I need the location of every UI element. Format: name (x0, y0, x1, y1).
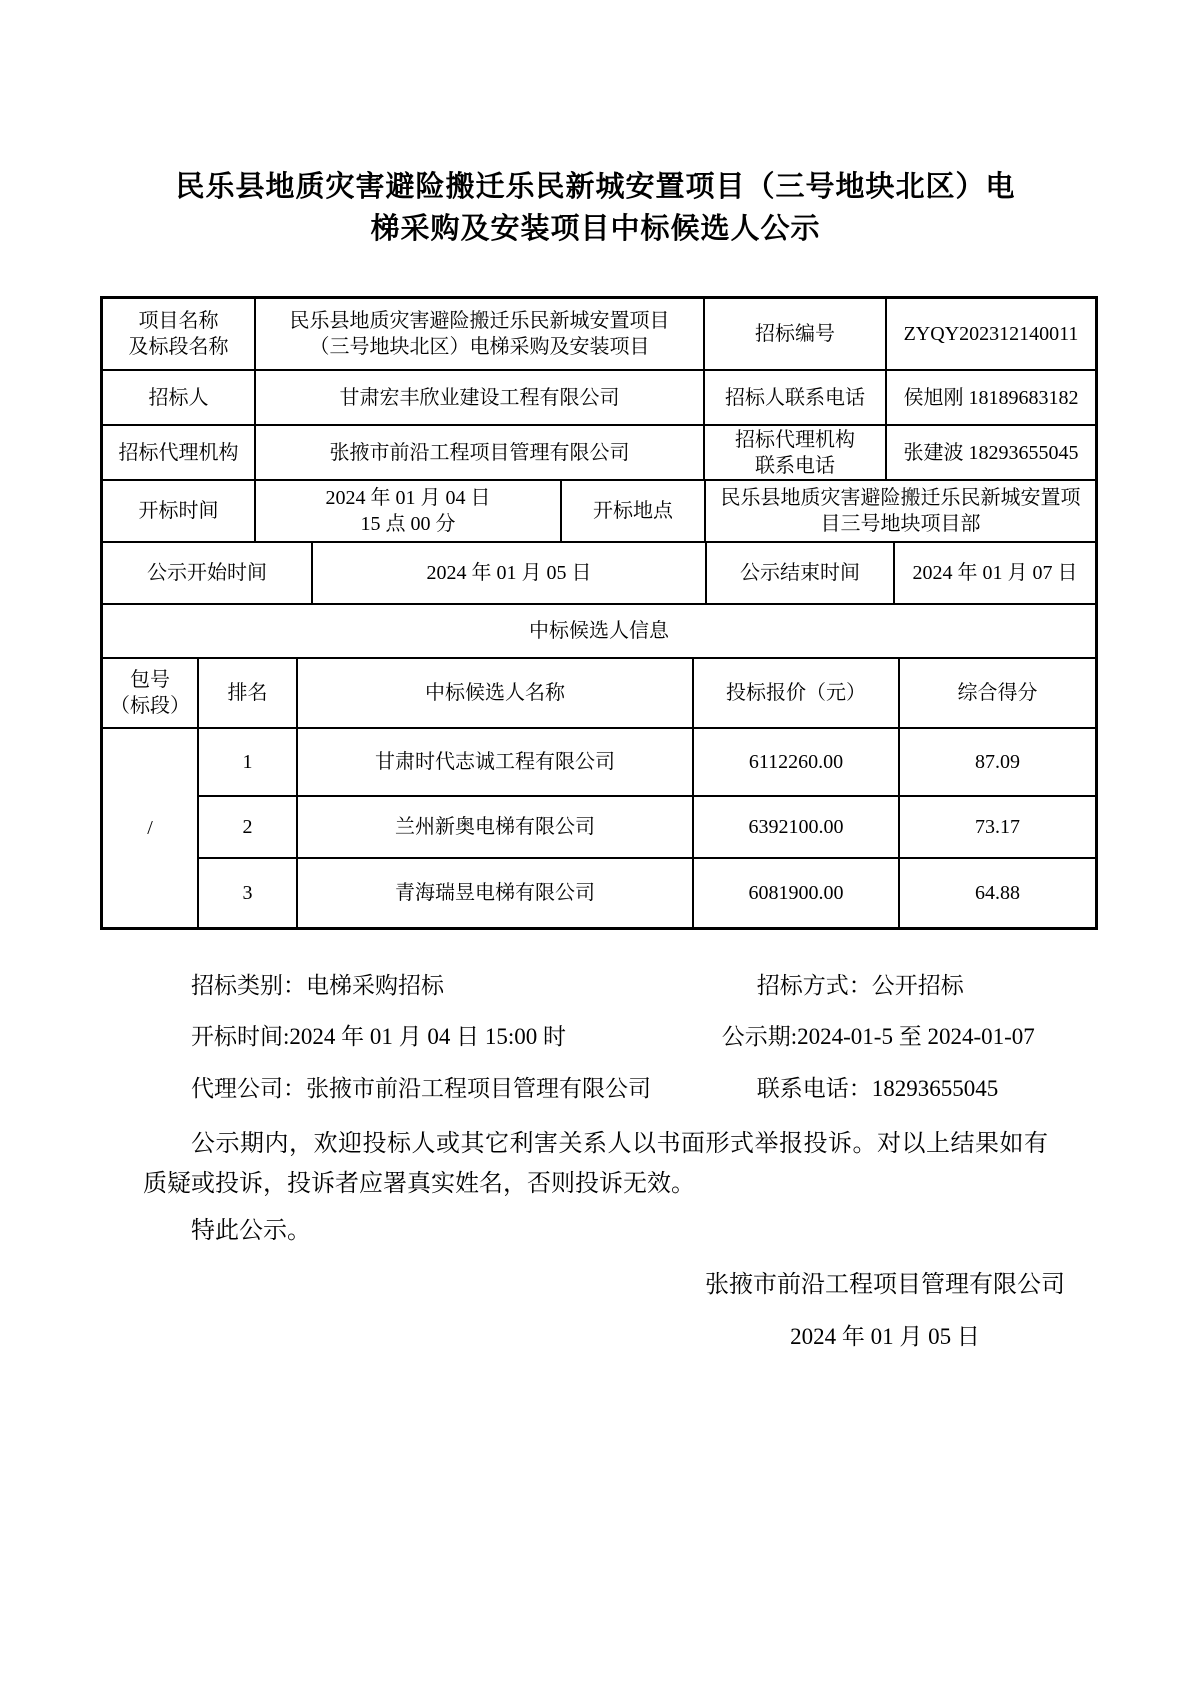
agency-company-text: 代理公司：张掖市前沿工程项目管理有限公司 (191, 1074, 751, 1104)
agency-phone-value: 张建波 18293655045 (887, 426, 1095, 479)
publicity-start-value: 2024 年 01 月 05 日 (313, 543, 707, 603)
row-bid-opening: 开标时间 2024 年 01 月 04 日 15 点 00 分 开标地点 民乐县… (103, 481, 1095, 543)
document-page: 民乐县地质灾害避险搬迁乐民新城安置项目（三号地块北区）电 梯采购及安装项目中标候… (0, 0, 1191, 1684)
footer-line-agency: 代理公司：张掖市前沿工程项目管理有限公司 联系电话：18293655045 (143, 1074, 1048, 1104)
contact-phone-text: 联系电话：18293655045 (757, 1076, 999, 1101)
col-rank-header: 排名 (199, 659, 298, 727)
candidate-rank: 1 (199, 729, 298, 795)
signature-company: 张掖市前沿工程项目管理有限公司 (600, 1270, 1170, 1300)
row-publicity-period: 公示开始时间 2024 年 01 月 05 日 公示结束时间 2024 年 01… (103, 543, 1095, 605)
col-score-header: 综合得分 (900, 659, 1095, 727)
row-tenderer: 招标人 甘肃宏丰欣业建设工程有限公司 招标人联系电话 侯旭刚 181896831… (103, 371, 1095, 426)
candidate-score: 87.09 (900, 729, 1095, 795)
candidates-body: / 1 甘肃时代志诚工程有限公司 6112260.00 87.09 2 兰州新奥… (103, 729, 1095, 927)
closing-statement: 特此公示。 (143, 1216, 1048, 1246)
candidates-rows: 1 甘肃时代志诚工程有限公司 6112260.00 87.09 2 兰州新奥电梯… (199, 729, 1095, 927)
tenderer-phone-value: 侯旭刚 18189683182 (887, 371, 1095, 424)
candidate-row-2: 2 兰州新奥电梯有限公司 6392100.00 73.17 (199, 797, 1095, 859)
footer-line-category: 招标类别：电梯采购招标 招标方式：公开招标 (143, 971, 1048, 1001)
publicity-end-label: 公示结束时间 (707, 543, 895, 603)
agency-label: 招标代理机构 (103, 426, 256, 479)
signature-date: 2024 年 01 月 05 日 (600, 1322, 1170, 1352)
col-bid-price-header: 投标报价（元） (694, 659, 900, 727)
candidate-rank: 3 (199, 859, 298, 927)
candidate-price: 6081900.00 (694, 859, 900, 927)
candidate-rank: 2 (199, 797, 298, 857)
row-section-title: 中标候选人信息 (103, 605, 1095, 659)
publicity-end-value: 2024 年 01 月 07 日 (895, 543, 1095, 603)
publicity-period-text: 公示期:2024-01-5 至 2024-01-07 (722, 1024, 1035, 1049)
complaint-notice: 公示期内，欢迎投标人或其它利害关系人以书面形式举报投诉。对以上结果如有质疑或投诉… (143, 1124, 1048, 1204)
row-project-name: 项目名称 及标段名称 民乐县地质灾害避险搬迁乐民新城安置项目 （三号地块北区）电… (103, 299, 1095, 371)
col-package-header: 包号 （标段） (103, 659, 199, 727)
bid-info-table: 项目名称 及标段名称 民乐县地质灾害避险搬迁乐民新城安置项目 （三号地块北区）电… (100, 296, 1098, 930)
agency-value: 张掖市前沿工程项目管理有限公司 (256, 426, 705, 479)
candidate-price: 6112260.00 (694, 729, 900, 795)
tender-number-label: 招标编号 (705, 299, 887, 369)
project-name-value: 民乐县地质灾害避险搬迁乐民新城安置项目 （三号地块北区）电梯采购及安装项目 (256, 299, 705, 369)
tender-method-text: 招标方式：公开招标 (757, 973, 964, 998)
candidates-section-title: 中标候选人信息 (103, 605, 1095, 657)
bid-opening-time-value: 2024 年 01 月 04 日 15 点 00 分 (256, 481, 562, 541)
publicity-start-label: 公示开始时间 (103, 543, 313, 603)
row-agency: 招标代理机构 张掖市前沿工程项目管理有限公司 招标代理机构 联系电话 张建波 1… (103, 426, 1095, 481)
candidate-name: 甘肃时代志诚工程有限公司 (298, 729, 694, 795)
tenderer-label: 招标人 (103, 371, 256, 424)
opening-time-text: 开标时间:2024 年 01 月 04 日 15:00 时 (191, 1022, 716, 1052)
tenderer-value: 甘肃宏丰欣业建设工程有限公司 (256, 371, 705, 424)
project-name-label: 项目名称 及标段名称 (103, 299, 256, 369)
candidate-score: 64.88 (900, 859, 1095, 927)
document-title: 民乐县地质灾害避险搬迁乐民新城安置项目（三号地块北区）电 梯采购及安装项目中标候… (0, 166, 1191, 250)
candidate-name: 兰州新奥电梯有限公司 (298, 797, 694, 857)
candidate-score: 73.17 (900, 797, 1095, 857)
candidate-row-1: 1 甘肃时代志诚工程有限公司 6112260.00 87.09 (199, 729, 1095, 797)
candidate-price: 6392100.00 (694, 797, 900, 857)
footer-line-opening: 开标时间:2024 年 01 月 04 日 15:00 时 公示期:2024-0… (143, 1022, 1048, 1052)
bid-opening-time-label: 开标时间 (103, 481, 256, 541)
tender-number-value: ZYQY202312140011 (887, 299, 1095, 369)
bid-opening-place-value: 民乐县地质灾害避险搬迁乐民新城安置项 目三号地块项目部 (706, 481, 1095, 541)
candidates-header-row: 包号 （标段） 排名 中标候选人名称 投标报价（元） 综合得分 (103, 659, 1095, 729)
tender-category-text: 招标类别：电梯采购招标 (191, 971, 751, 1001)
bid-opening-place-label: 开标地点 (562, 481, 706, 541)
agency-phone-label: 招标代理机构 联系电话 (705, 426, 887, 479)
col-candidate-name-header: 中标候选人名称 (298, 659, 694, 727)
candidate-name: 青海瑞昱电梯有限公司 (298, 859, 694, 927)
tenderer-phone-label: 招标人联系电话 (705, 371, 887, 424)
package-merged-cell: / (103, 729, 199, 927)
candidate-row-3: 3 青海瑞昱电梯有限公司 6081900.00 64.88 (199, 859, 1095, 927)
